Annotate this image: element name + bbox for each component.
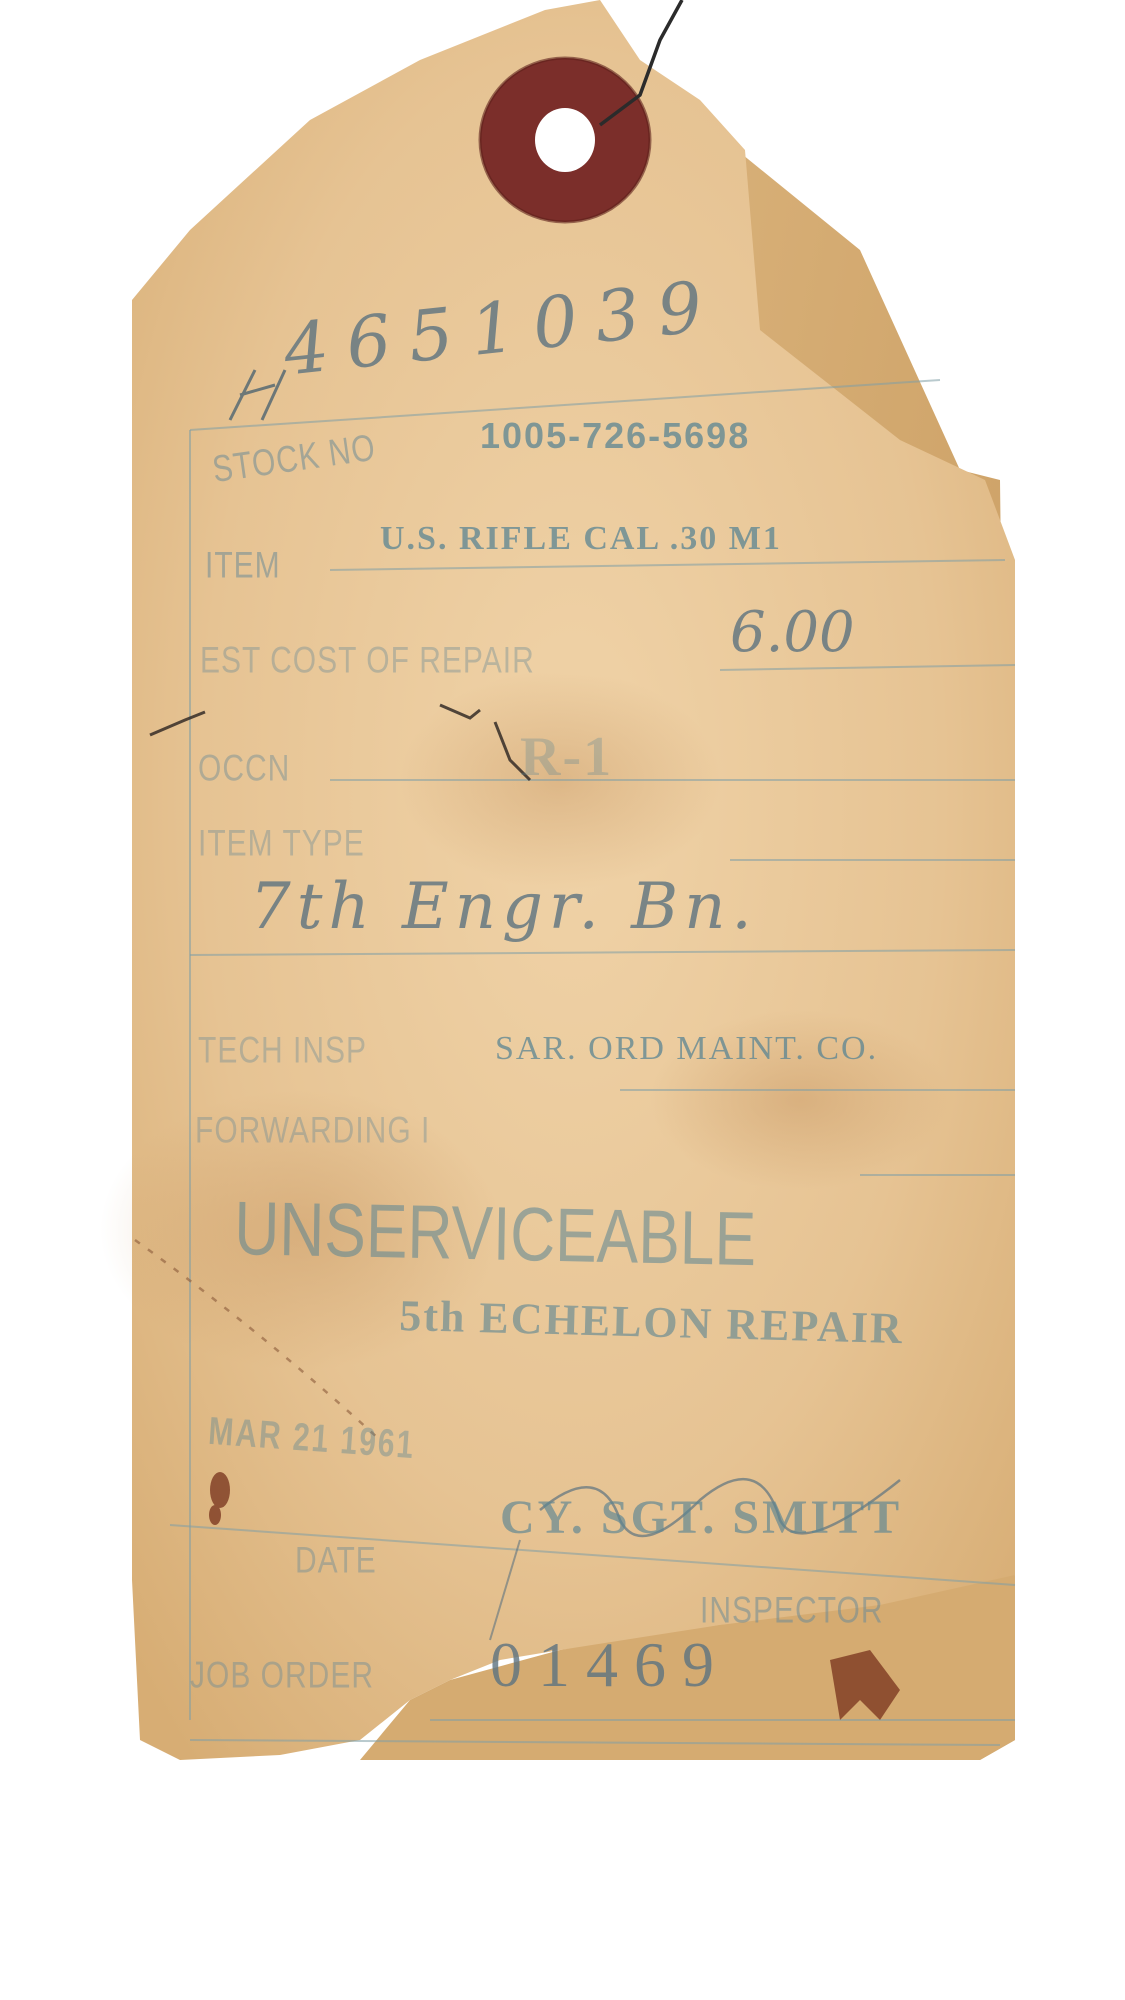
item-value: U.S. RIFLE CAL .30 M1 bbox=[380, 520, 782, 558]
unit-handwritten: 7th Engr. Bn. bbox=[250, 870, 758, 944]
item-label: ITEM bbox=[205, 545, 281, 588]
date-label: DATE bbox=[295, 1540, 377, 1583]
unserviceable-stamp: UNSERVICEABLE bbox=[234, 1185, 757, 1283]
tech-insp-label: TECH INSP bbox=[198, 1030, 367, 1073]
occn-value: R-1 bbox=[520, 725, 613, 789]
tech-insp-value: SAR. ORD MAINT. CO. bbox=[495, 1030, 878, 1068]
est-cost-label: EST COST OF REPAIR bbox=[200, 640, 535, 683]
stock-no-value: 1005-726-5698 bbox=[480, 415, 750, 457]
forwarding-label: FORWARDING I bbox=[195, 1110, 430, 1153]
est-cost-value: 6.00 bbox=[730, 600, 855, 665]
inspector-label: INSPECTOR bbox=[700, 1590, 883, 1633]
job-order-value: 01469 bbox=[490, 1628, 730, 1702]
inspector-stamp: CY. SGT. SMITT bbox=[500, 1490, 902, 1545]
item-type-label: ITEM TYPE bbox=[198, 823, 365, 866]
grommet-icon bbox=[480, 58, 650, 222]
job-order-label: JOB ORDER bbox=[190, 1655, 374, 1698]
occn-label: OCCN bbox=[198, 748, 290, 791]
